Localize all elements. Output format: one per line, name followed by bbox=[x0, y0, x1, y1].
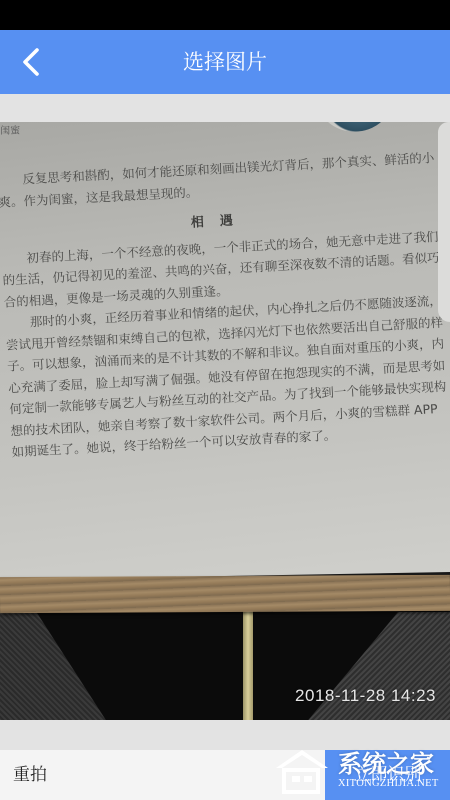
photo-stick bbox=[243, 610, 253, 720]
document-paragraph: 那时的小爽，正经历着事业和情绪的起伏，内心挣扎之后仍不愿随波逐流，尝试甩开曾经禁… bbox=[4, 290, 450, 463]
photo-timestamp: 2018-11-28 14:23 bbox=[295, 686, 436, 706]
retake-button[interactable]: 重拍 bbox=[0, 750, 200, 800]
paper-edge bbox=[438, 122, 450, 322]
document-corner-label: 闺蜜 bbox=[0, 122, 20, 137]
bottom-spacer bbox=[0, 720, 450, 750]
captured-photo: 闺蜜 反复思考和斟酌，如何才能还原和刻画出镁光灯背后，那个真实、鲜活的小爽。作为… bbox=[0, 122, 450, 720]
status-bar bbox=[0, 0, 450, 30]
bottom-action-bar: 重拍 立即识别 bbox=[0, 750, 450, 800]
recognize-button[interactable]: 立即识别 bbox=[325, 750, 450, 800]
app-header: 选择图片 bbox=[0, 30, 450, 94]
document-text: 反复思考和斟酌，如何才能还原和刻画出镁光灯背后，那个真实、鲜活的小爽。作为闺蜜，… bbox=[0, 147, 450, 463]
top-spacer bbox=[0, 94, 450, 122]
chevron-left-icon bbox=[14, 44, 50, 80]
document-paper: 闺蜜 反复思考和斟酌，如何才能还原和刻画出镁光灯背后，那个真实、鲜活的小爽。作为… bbox=[0, 122, 450, 580]
back-button[interactable] bbox=[14, 44, 50, 80]
page-title: 选择图片 bbox=[0, 30, 450, 94]
photo-wood-edge bbox=[0, 575, 450, 613]
document-avatar-image bbox=[319, 122, 390, 132]
